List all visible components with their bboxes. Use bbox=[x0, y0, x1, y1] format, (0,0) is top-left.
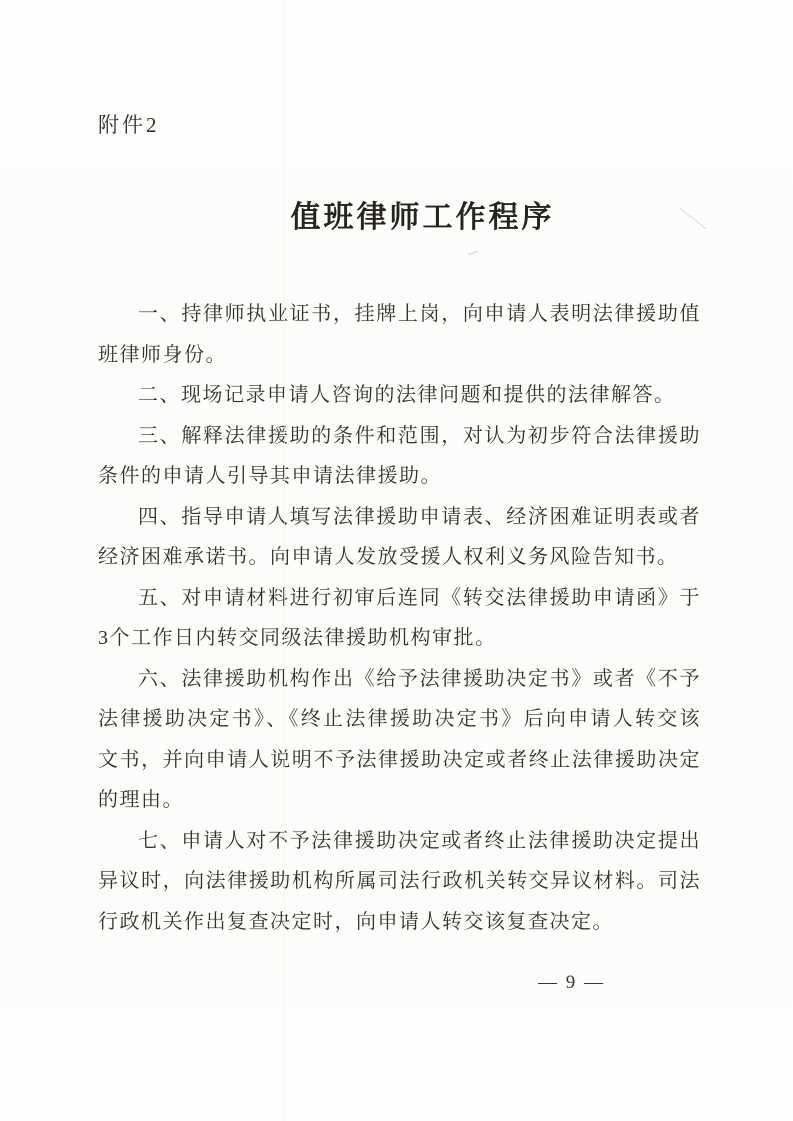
scanned-document-page: 附件2 值班律师工作程序 一、持律师执业证书，挂牌上岗，向申请人表明法律援助值班… bbox=[0, 0, 793, 1121]
paragraph-2: 二、现场记录申请人咨询的法律问题和提供的法律解答。 bbox=[98, 375, 701, 416]
paragraph-7: 七、申请人对不予法律援助决定或者终止法律援助决定提出异议时，向法律援助机构所属司… bbox=[98, 821, 701, 943]
document-title: 值班律师工作程序 bbox=[144, 196, 701, 240]
paragraph-4: 四、指导申请人填写法律援助申请表、经济困难证明表或者经济困难承诺书。向申请人发放… bbox=[98, 497, 701, 578]
paragraph-5: 五、对申请材料进行初审后连同《转交法律援助申请函》于3个工作日内转交同级法律援助… bbox=[98, 578, 701, 659]
attachment-label: 附件2 bbox=[98, 112, 701, 138]
page-number: — 9 — bbox=[98, 972, 701, 994]
document-body: 一、持律师执业证书，挂牌上岗，向申请人表明法律援助值班律师身份。 二、现场记录申… bbox=[98, 294, 701, 942]
paragraph-3: 三、解释法律援助的条件和范围，对认为初步符合法律援助条件的申请人引导其申请法律援… bbox=[98, 416, 701, 497]
scan-artifact bbox=[468, 250, 478, 255]
paragraph-1: 一、持律师执业证书，挂牌上岗，向申请人表明法律援助值班律师身份。 bbox=[98, 294, 701, 375]
scan-artifact bbox=[284, 0, 285, 1121]
paragraph-6: 六、法律援助机构作出《给予法律援助决定书》或者《不予法律援助决定书》、《终止法律… bbox=[98, 659, 701, 821]
